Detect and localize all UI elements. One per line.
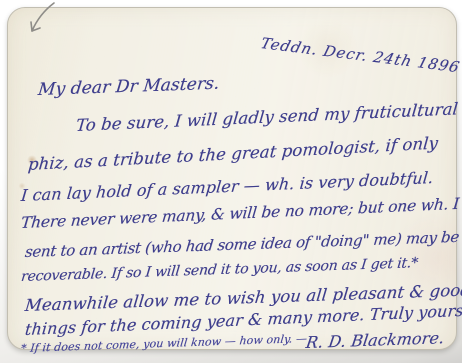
pencil-arrow-icon	[16, 1, 66, 51]
body-line-6: recoverable. If so I will send it to you…	[20, 255, 419, 285]
body-line-2: phiz, as a tribute to the great pomologi…	[27, 133, 439, 174]
signature: R. D. Blackmore.	[305, 328, 446, 352]
dateline: Teddn. Decr. 24th 1896	[259, 34, 462, 76]
letter-card: Teddn. Decr. 24th 1896 My dear Dr Master…	[7, 7, 457, 350]
letter-scan: Teddn. Decr. 24th 1896 My dear Dr Master…	[0, 0, 462, 363]
body-line-1: To be sure, I will gladly send my frutic…	[75, 99, 459, 135]
salutation: My dear Dr Masters.	[37, 74, 221, 100]
